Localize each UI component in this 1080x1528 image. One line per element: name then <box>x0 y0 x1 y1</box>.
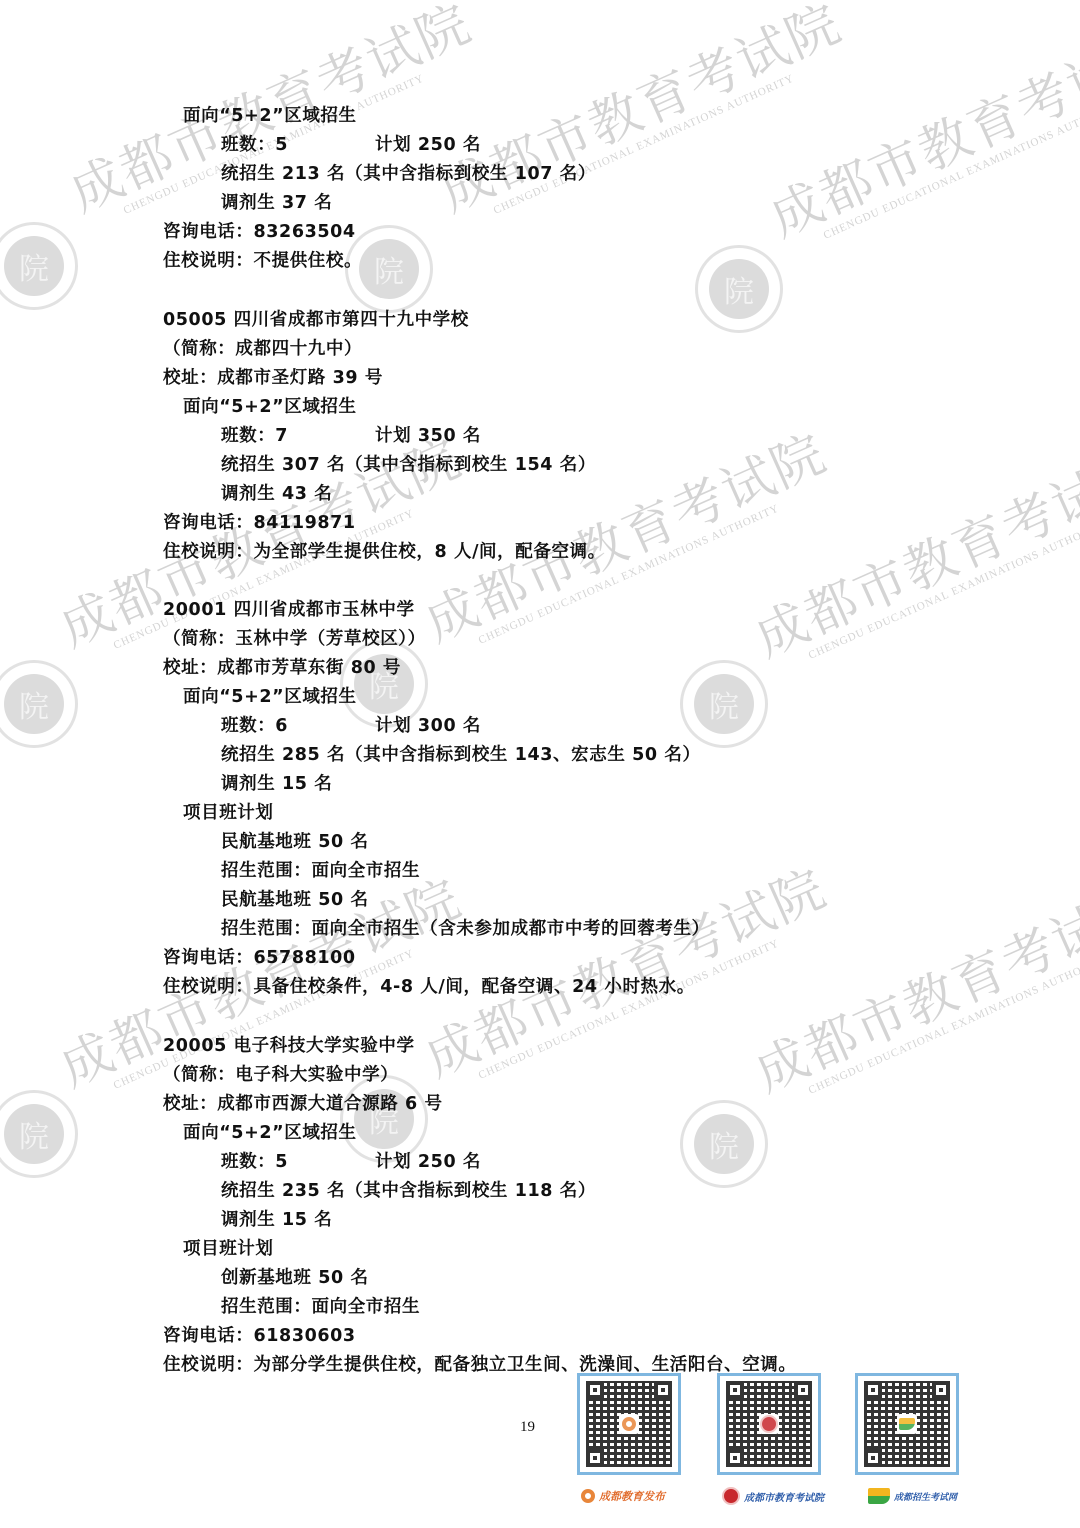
boarding-note: 住校说明：不提供住校。 <box>163 250 362 272</box>
qr-code-chengdu-exam-authority[interactable] <box>717 1373 821 1475</box>
class-count: 班数：5 <box>221 135 288 155</box>
seal-watermark-icon: 院 <box>0 222 78 310</box>
logo-label: 成都招生考试网 <box>894 1490 957 1503</box>
seal-watermark-icon: 院 <box>680 1100 768 1188</box>
seal-watermark-icon: 院 <box>340 1075 428 1163</box>
project-class-name: 民航基地班 50 名 <box>221 831 369 853</box>
logo-label: 成都教育发布 <box>599 1488 665 1504</box>
project-class-name: 创新基地班 50 名 <box>221 1267 369 1289</box>
project-class-label: 项目班计划 <box>183 1238 274 1260</box>
seal-watermark-icon: 院 <box>0 1090 78 1178</box>
seal-watermark-icon: 院 <box>680 660 768 748</box>
watermark-text: 成都市教育考试院CHENGDU EDUCATIONAL EXAMINATIONS… <box>741 426 1080 678</box>
school-title: 05005 四川省成都市第四十九中学校 <box>163 309 469 331</box>
boarding-note: 住校说明：为部分学生提供住校，配备独立卫生间、洗澡间、生活阳台、空调。 <box>163 1354 797 1376</box>
adjusted-enrollment: 调剂生 37 名 <box>221 192 332 214</box>
zone-label: 面向“5+2”区域招生 <box>183 105 357 127</box>
consult-phone: 咨询电话：83263504 <box>163 221 356 243</box>
school-short-name: （简称：玉林中学（芳草校区）） <box>163 628 426 650</box>
qr-code-icon <box>864 1381 950 1467</box>
school-address: 校址：成都市西源大道合源路 6 号 <box>163 1093 443 1115</box>
project-class-scope: 招生范围：面向全市招生（含未参加成都市中考的回蓉考生） <box>221 918 710 940</box>
qr-code-icon <box>726 1381 812 1467</box>
school-title: 20005 电子科技大学实验中学 <box>163 1035 415 1057</box>
flag-logo-icon <box>899 1418 915 1430</box>
seal-watermark-icon: 院 <box>695 245 783 333</box>
orange-ring-logo-icon <box>622 1417 636 1431</box>
class-plan-row: 班数：5计划 250 名 <box>221 134 288 156</box>
seal-watermark-icon: 院 <box>0 660 78 748</box>
unified-enrollment: 统招生 307 名（其中含指标到校生 154 名） <box>221 454 596 476</box>
zone-label: 面向“5+2”区域招生 <box>183 396 357 418</box>
watermark-text: 成都市教育考试院CHENGDU EDUCATIONAL EXAMINATIONS… <box>756 6 1080 258</box>
project-class-label: 项目班计划 <box>183 802 274 824</box>
unified-enrollment: 统招生 285 名（其中含指标到校生 143、宏志生 50 名） <box>221 744 701 766</box>
consult-phone: 咨询电话：65788100 <box>163 947 356 969</box>
plan-count: 计划 250 名 <box>375 1151 481 1173</box>
page-number: 19 <box>520 1419 535 1436</box>
watermark-text: 成都市教育考试院CHENGDU EDUCATIONAL EXAMINATIONS… <box>411 846 839 1098</box>
red-seal-logo-icon <box>722 1487 740 1505</box>
unified-enrollment: 统招生 213 名（其中含指标到校生 107 名） <box>221 163 596 185</box>
adjusted-enrollment: 调剂生 43 名 <box>221 483 332 505</box>
class-count: 班数：5 <box>221 1152 288 1172</box>
watermark-text: 成都市教育考试院CHENGDU EDUCATIONAL EXAMINATIONS… <box>426 0 854 233</box>
consult-phone: 咨询电话：84119871 <box>163 512 356 534</box>
qr-code-chengdu-admission-site[interactable] <box>855 1373 959 1475</box>
boarding-note: 住校说明：具备住校条件，4-8 人/间，配备空调、24 小时热水。 <box>163 976 695 998</box>
plan-count: 计划 300 名 <box>375 715 481 737</box>
unified-enrollment: 统招生 235 名（其中含指标到校生 118 名） <box>221 1180 596 1202</box>
watermark-text: 成都市教育考试院CHENGDU EDUCATIONAL EXAMINATIONS… <box>411 411 839 663</box>
adjusted-enrollment: 调剂生 15 名 <box>221 1209 332 1231</box>
adjusted-enrollment: 调剂生 15 名 <box>221 773 332 795</box>
school-address: 校址：成都市芳草东街 80 号 <box>163 657 401 679</box>
class-plan-row: 班数：6计划 300 名 <box>221 715 288 737</box>
qr-code-chengdu-education-release[interactable] <box>577 1373 681 1475</box>
plan-count: 计划 350 名 <box>375 425 481 447</box>
red-seal-logo-icon <box>760 1415 778 1433</box>
project-class-scope: 招生范围：面向全市招生 <box>221 1296 420 1318</box>
logo-chengdu-admission-site: 成都招生考试网 <box>868 1485 957 1507</box>
plan-count: 计划 250 名 <box>375 134 481 156</box>
school-title: 20001 四川省成都市玉林中学 <box>163 599 415 621</box>
class-count: 班数：6 <box>221 716 288 736</box>
class-plan-row: 班数：7计划 350 名 <box>221 425 288 447</box>
class-count: 班数：7 <box>221 426 288 446</box>
logo-label: 成都市教育考试院 <box>744 1489 824 1504</box>
boarding-note: 住校说明：为全部学生提供住校，8 人/间，配备空调。 <box>163 541 606 563</box>
consult-phone: 咨询电话：61830603 <box>163 1325 356 1347</box>
logo-chengdu-exam-authority: 成都市教育考试院 <box>722 1485 824 1507</box>
school-short-name: （简称：成都四十九中） <box>163 338 362 360</box>
project-class-scope: 招生范围：面向全市招生 <box>221 860 420 882</box>
zone-label: 面向“5+2”区域招生 <box>183 686 357 708</box>
project-class-name: 民航基地班 50 名 <box>221 889 369 911</box>
zone-label: 面向“5+2”区域招生 <box>183 1122 357 1144</box>
school-short-name: （简称：电子科大实验中学） <box>163 1064 398 1086</box>
qr-code-icon <box>586 1381 672 1467</box>
watermark-text: 成都市教育考试院CHENGDU EDUCATIONAL EXAMINATIONS… <box>741 861 1080 1113</box>
class-plan-row: 班数：5计划 250 名 <box>221 1151 288 1173</box>
school-address: 校址：成都市圣灯路 39 号 <box>163 367 383 389</box>
flag-logo-icon <box>868 1488 890 1504</box>
orange-ring-logo-icon <box>581 1489 595 1503</box>
logo-chengdu-education-release: 成都教育发布 <box>581 1485 665 1507</box>
